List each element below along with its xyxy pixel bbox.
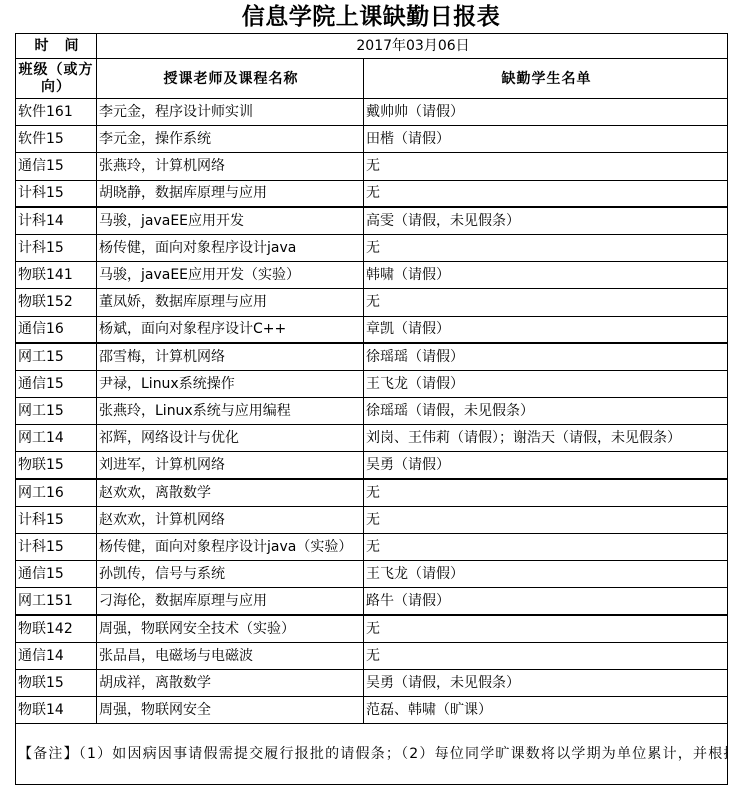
absent-students-cell: 无	[364, 234, 728, 261]
teacher-course-cell: 杨传健，面向对象程序设计java	[97, 234, 364, 261]
class-cell: 网工16	[16, 479, 97, 506]
table-row: 网工151刁海伦，数据库原理与应用路牛（请假）	[16, 588, 728, 615]
absent-students-cell: 吴勇（请假）	[364, 452, 728, 479]
table-body: 时 间 2017年03月06日 班级（或方向） 授课老师及课程名称 缺勤学生名单…	[16, 34, 728, 785]
table-row: 网工15张燕玲，Linux系统与应用编程徐瑶瑶（请假，未见假条）	[16, 398, 728, 425]
class-cell: 通信16	[16, 316, 97, 343]
teacher-course-cell: 刘进军，计算机网络	[97, 452, 364, 479]
table-row: 网工15邵雪梅，计算机网络徐瑶瑶（请假）	[16, 343, 728, 370]
absent-students-cell: 无	[364, 479, 728, 506]
absent-students-cell: 徐瑶瑶（请假，未见假条）	[364, 398, 728, 425]
class-cell: 通信15	[16, 153, 97, 180]
class-cell: 软件15	[16, 126, 97, 153]
absent-students-cell: 无	[364, 289, 728, 316]
table-row: 计科14马骏，javaEE应用开发高雯（请假，未见假条）	[16, 207, 728, 234]
class-cell: 网工151	[16, 588, 97, 615]
remarks-row: 【备注】（1）如因病因事请假需提交履行报批的请假条；（2）每位同学旷课数将以学期…	[16, 724, 728, 785]
table-row: 软件161李元金，程序设计师实训戴帅帅（请假）	[16, 99, 728, 126]
table-row: 物联14周强，物联网安全范磊、韩啸（旷课）	[16, 697, 728, 724]
teacher-course-cell: 尹禄，Linux系统操作	[97, 370, 364, 397]
teacher-course-cell: 杨传健，面向对象程序设计java（实验）	[97, 534, 364, 561]
absent-students-cell: 无	[364, 615, 728, 642]
remarks-note: 【备注】（1）如因病因事请假需提交履行报批的请假条；（2）每位同学旷课数将以学期…	[16, 724, 728, 785]
class-cell: 物联15	[16, 452, 97, 479]
column-header-class: 班级（或方向）	[16, 59, 97, 99]
teacher-course-cell: 周强，物联网安全	[97, 697, 364, 724]
table-row: 物联15刘进军，计算机网络吴勇（请假）	[16, 452, 728, 479]
teacher-course-cell: 马骏，javaEE应用开发（实验）	[97, 262, 364, 289]
class-cell: 网工15	[16, 343, 97, 370]
teacher-course-cell: 祁辉，网络设计与优化	[97, 425, 364, 452]
report-title: 信息学院上课缺勤日报表	[0, 2, 738, 32]
teacher-course-cell: 张品昌，电磁场与电磁波	[97, 642, 364, 669]
class-cell: 物联142	[16, 615, 97, 642]
absent-students-cell: 无	[364, 534, 728, 561]
absent-students-cell: 吴勇（请假，未见假条）	[364, 669, 728, 696]
teacher-course-cell: 胡晓静，数据库原理与应用	[97, 180, 364, 207]
table-row: 物联15胡成祥，离散数学吴勇（请假，未见假条）	[16, 669, 728, 696]
class-cell: 计科15	[16, 180, 97, 207]
absent-students-cell: 章凯（请假）	[364, 316, 728, 343]
teacher-course-cell: 邵雪梅，计算机网络	[97, 343, 364, 370]
absent-students-cell: 韩啸（请假）	[364, 262, 728, 289]
attendance-report-table: 时 间 2017年03月06日 班级（或方向） 授课老师及课程名称 缺勤学生名单…	[15, 33, 728, 785]
column-header-teacher-course: 授课老师及课程名称	[97, 59, 364, 99]
class-cell: 通信15	[16, 370, 97, 397]
table-row: 物联142周强，物联网安全技术（实验）无	[16, 615, 728, 642]
teacher-course-cell: 赵欢欢，离散数学	[97, 479, 364, 506]
table-row: 物联152董凤娇，数据库原理与应用无	[16, 289, 728, 316]
teacher-course-cell: 马骏，javaEE应用开发	[97, 207, 364, 234]
class-cell: 网工15	[16, 398, 97, 425]
teacher-course-cell: 董凤娇，数据库原理与应用	[97, 289, 364, 316]
absent-students-cell: 田楷（请假）	[364, 126, 728, 153]
absent-students-cell: 高雯（请假，未见假条）	[364, 207, 728, 234]
table-row: 计科15胡晓静，数据库原理与应用无	[16, 180, 728, 207]
teacher-course-cell: 张燕玲，Linux系统与应用编程	[97, 398, 364, 425]
class-cell: 物联14	[16, 697, 97, 724]
table-row: 通信15张燕玲，计算机网络无	[16, 153, 728, 180]
table-row: 物联141马骏，javaEE应用开发（实验）韩啸（请假）	[16, 262, 728, 289]
class-cell: 计科15	[16, 234, 97, 261]
absent-students-cell: 无	[364, 153, 728, 180]
teacher-course-cell: 周强，物联网安全技术（实验）	[97, 615, 364, 642]
class-cell: 软件161	[16, 99, 97, 126]
teacher-course-cell: 孙凯传，信号与系统	[97, 561, 364, 588]
teacher-course-cell: 张燕玲，计算机网络	[97, 153, 364, 180]
absent-students-cell: 无	[364, 642, 728, 669]
class-cell: 物联15	[16, 669, 97, 696]
absent-students-cell: 王飞龙（请假）	[364, 370, 728, 397]
date-row: 时 间 2017年03月06日	[16, 34, 728, 59]
absent-students-cell: 戴帅帅（请假）	[364, 99, 728, 126]
absent-students-cell: 路牛（请假）	[364, 588, 728, 615]
class-cell: 计科15	[16, 506, 97, 533]
class-cell: 物联152	[16, 289, 97, 316]
report-date: 2017年03月06日	[97, 34, 728, 59]
absent-students-cell: 王飞龙（请假）	[364, 561, 728, 588]
teacher-course-cell: 李元金，操作系统	[97, 126, 364, 153]
absent-students-cell: 无	[364, 506, 728, 533]
table-row: 通信16杨斌，面向对象程序设计C++章凯（请假）	[16, 316, 728, 343]
absent-students-cell: 刘岗、王伟莉（请假）；谢浩天（请假，未见假条）	[364, 425, 728, 452]
absent-students-cell: 徐瑶瑶（请假）	[364, 343, 728, 370]
teacher-course-cell: 李元金，程序设计师实训	[97, 99, 364, 126]
class-cell: 通信14	[16, 642, 97, 669]
time-label: 时 间	[16, 34, 97, 59]
table-row: 网工14祁辉，网络设计与优化刘岗、王伟莉（请假）；谢浩天（请假，未见假条）	[16, 425, 728, 452]
teacher-course-cell: 杨斌，面向对象程序设计C++	[97, 316, 364, 343]
teacher-course-cell: 刁海伦，数据库原理与应用	[97, 588, 364, 615]
teacher-course-cell: 赵欢欢，计算机网络	[97, 506, 364, 533]
table-row: 计科15杨传健，面向对象程序设计java无	[16, 234, 728, 261]
table-row: 通信14张品昌，电磁场与电磁波无	[16, 642, 728, 669]
table-row: 计科15杨传健，面向对象程序设计java（实验）无	[16, 534, 728, 561]
table-row: 软件15李元金，操作系统田楷（请假）	[16, 126, 728, 153]
table-row: 通信15孙凯传，信号与系统王飞龙（请假）	[16, 561, 728, 588]
class-cell: 物联141	[16, 262, 97, 289]
absent-students-cell: 无	[364, 180, 728, 207]
table-row: 计科15赵欢欢，计算机网络无	[16, 506, 728, 533]
class-cell: 计科15	[16, 534, 97, 561]
table-row: 网工16赵欢欢，离散数学无	[16, 479, 728, 506]
absent-students-cell: 范磊、韩啸（旷课）	[364, 697, 728, 724]
class-cell: 通信15	[16, 561, 97, 588]
class-cell: 网工14	[16, 425, 97, 452]
teacher-course-cell: 胡成祥，离散数学	[97, 669, 364, 696]
column-header-absent-students: 缺勤学生名单	[364, 59, 728, 99]
column-header-row: 班级（或方向） 授课老师及课程名称 缺勤学生名单	[16, 59, 728, 99]
table-row: 通信15尹禄，Linux系统操作王飞龙（请假）	[16, 370, 728, 397]
class-cell: 计科14	[16, 207, 97, 234]
